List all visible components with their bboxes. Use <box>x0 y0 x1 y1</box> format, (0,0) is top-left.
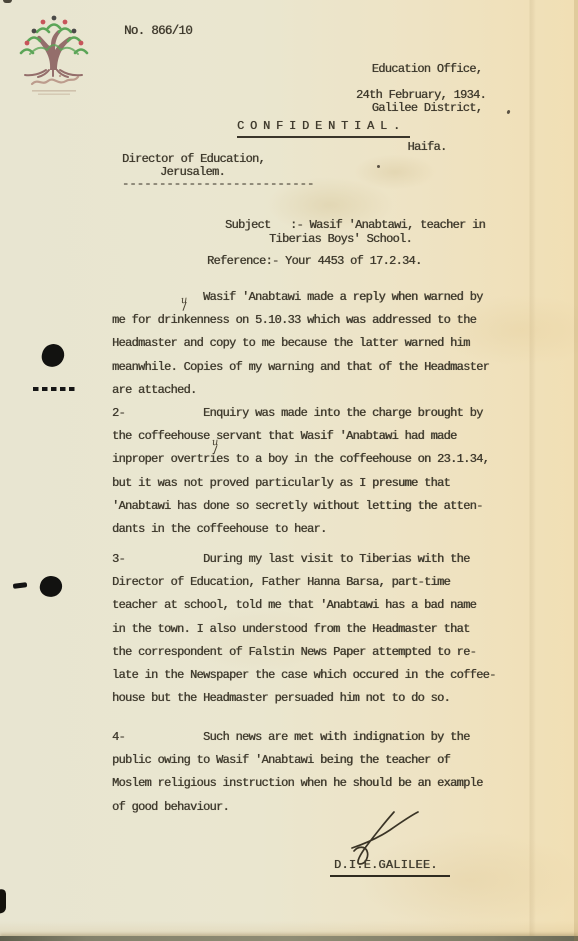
letterhead-district: Galilee District, <box>352 102 502 115</box>
letterhead-city: Haifa. <box>352 141 502 154</box>
letterhead-office: Education Office, <box>352 63 502 76</box>
figure-head-dark <box>72 29 77 34</box>
letter-date: 24th February, 1934. <box>356 88 486 102</box>
reference-line: Reference:- Your 4453 of 17.2.34. <box>207 254 422 268</box>
scan-corner-speck <box>3 0 12 3</box>
classification-heading: C O N F I D E N T I A L . <box>237 119 410 138</box>
scanned-letter-page: No. 866/10 Education Office, Galilee Dis… <box>0 0 578 941</box>
ink-speck <box>506 110 510 115</box>
letterhead: Education Office, Galilee District, Haif… <box>352 37 502 180</box>
figure-head-dark <box>52 16 57 21</box>
figure-head-red <box>25 41 30 46</box>
tree-trunk <box>37 30 72 70</box>
body-paragraph-1: Wasif 'Anabtawi made a reply when warned… <box>112 286 512 402</box>
recipient-underline-dashes: -------------------------- <box>122 177 314 191</box>
paper-bottom-tint <box>0 921 578 937</box>
hole-punch-mark <box>38 574 64 600</box>
body-paragraph-3: 3- During my last visit to Tiberias with… <box>112 548 512 710</box>
tree-roots <box>25 70 82 77</box>
body-paragraph-4: 4- Such news are met with indignation by… <box>112 726 512 819</box>
figure-head-red <box>41 20 46 25</box>
archive-logo <box>16 6 92 98</box>
margin-dash-mark <box>13 582 27 588</box>
hole-punch-mark <box>40 342 67 370</box>
logo-caption-line <box>38 94 70 95</box>
figure-head-red <box>79 41 84 46</box>
recipient-name: Director of Education, <box>122 152 265 166</box>
margin-dashed-mark <box>33 387 78 391</box>
calligraphy-dot <box>59 75 61 77</box>
logo-caption-line <box>32 90 76 92</box>
body-paragraph-2: 2- Enquiry was made into the charge brou… <box>112 402 512 541</box>
scan-bottom-edge <box>0 936 578 941</box>
scan-right-edge <box>574 0 578 941</box>
signature-title: D.I.E.GALILEE. <box>330 858 450 877</box>
figure-head-red <box>63 20 68 25</box>
figure-head-dark <box>32 29 37 34</box>
scan-edge-mark <box>0 889 6 914</box>
ink-speck <box>377 165 380 168</box>
subject-line-2: Tiberias Boys' School. <box>269 232 412 246</box>
tree-of-people-logo-icon <box>16 6 92 98</box>
subject-line-1: Subject :- Wasif 'Anabtawi, teacher in <box>225 218 485 232</box>
reference-number: No. 866/10 <box>124 24 192 38</box>
arabic-calligraphy-mark <box>32 77 78 84</box>
